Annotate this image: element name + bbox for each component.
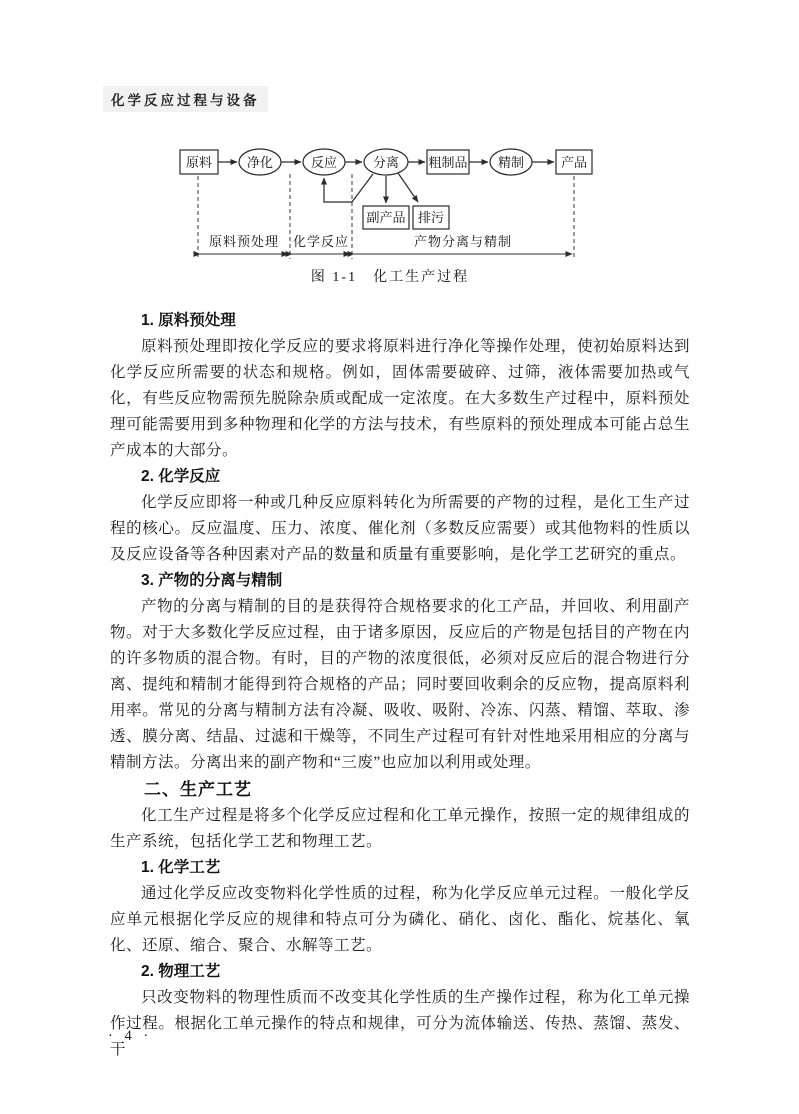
paragraph: 通过化学反应改变物料化学性质的过程，称为化学反应单元过程。一般化学反应单元根据化… — [110, 881, 690, 959]
paragraph: 产物的分离与精制的目的是获得符合规格要求的化工产品，并回收、利用副产物。对于大多… — [110, 594, 690, 776]
flow-node-refine: 精制 — [490, 149, 532, 175]
recycle-loop-arrow — [324, 174, 373, 202]
flow-node-crude-product: 粗制品 — [427, 150, 469, 174]
section-heading: 1. 原料预处理 — [110, 308, 690, 334]
section-heading: 二、生产工艺 — [110, 776, 690, 803]
section-heading: 1. 化学工艺 — [110, 855, 690, 881]
section-heading: 3. 产物的分离与精制 — [110, 568, 690, 594]
section-heading: 2. 化学反应 — [110, 464, 690, 490]
flow-node-label: 副产品 — [366, 210, 405, 225]
flow-node-discharge: 排污 — [413, 206, 449, 229]
running-header: 化学反应过程与设备 — [103, 86, 268, 112]
body-sections: 1. 原料预处理原料预处理即按化学反应的要求将原料进行净化等操作处理，使初始原料… — [110, 308, 690, 1063]
flow-node-label: 原料 — [186, 155, 212, 170]
stage-label-reaction: 化学反应 — [293, 234, 349, 249]
section-heading: 2. 物理工艺 — [110, 959, 690, 985]
paragraph: 化工生产过程是将多个化学反应过程和化工单元操作，按照一定的规律组成的生产系统，包… — [110, 803, 690, 855]
figure-caption: 图 1-1 化工生产过程 — [160, 266, 620, 286]
arrow-separate-to-discharge — [398, 173, 418, 202]
paragraph: 化学反应即将一种或几种反应原料转化为所需要的产物的过程，是化工生产过程的核心。反… — [110, 490, 690, 568]
stage-label-pretreatment: 原料预处理 — [209, 234, 279, 249]
flow-node-label: 反应 — [311, 155, 337, 170]
page-number: · 4 · — [108, 1028, 152, 1045]
flow-node-label: 粗制品 — [428, 155, 467, 170]
flow-node-separate: 分离 — [364, 149, 408, 175]
stage-label-separation-refining: 产物分离与精制 — [414, 234, 512, 249]
flow-node-react: 反应 — [303, 149, 345, 175]
flow-node-product: 产品 — [556, 150, 592, 174]
flow-node-byproduct: 副产品 — [363, 206, 409, 229]
flow-node-label: 精制 — [498, 155, 524, 170]
flow-node-label: 排污 — [418, 210, 444, 225]
book-page: 化学反应过程与设备 原料 — [0, 0, 799, 1114]
flow-node-purify: 净化 — [239, 149, 281, 175]
paragraph: 只改变物料的物理性质而不改变其化学性质的生产操作过程，称为化工单元操作过程。根据… — [110, 985, 690, 1063]
flow-node-label: 净化 — [247, 155, 273, 170]
flow-node-label: 分离 — [373, 155, 399, 170]
flow-node-raw-material: 原料 — [180, 150, 218, 174]
flow-node-label: 产品 — [561, 155, 587, 170]
paragraph: 原料预处理即按化学反应的要求将原料进行净化等操作处理，使初始原料达到化学反应所需… — [110, 334, 690, 464]
